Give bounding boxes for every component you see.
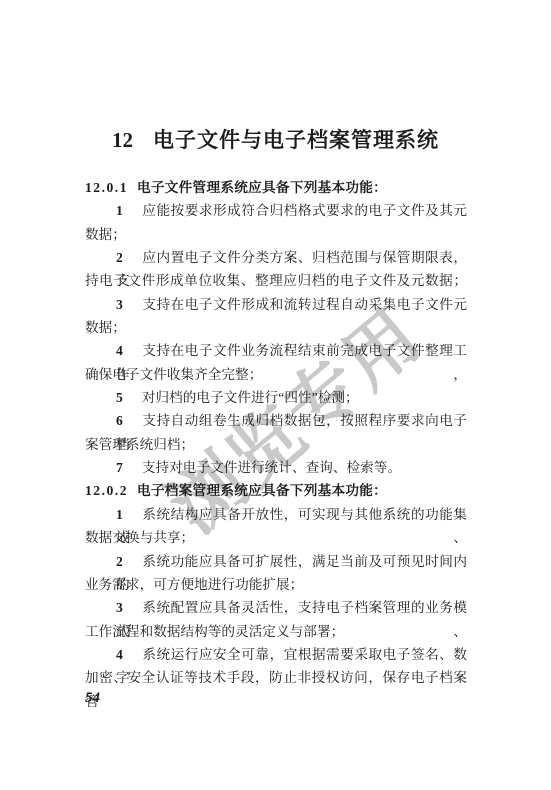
item-number: 1: [116, 203, 123, 218]
text-line: 7支持对电子文件进行统计、查询、检索等。: [85, 456, 467, 479]
clause-text-block: 12.0.1电子文件管理系统应具备下列基本功能：1应能按要求形成符合归档格式要求…: [85, 176, 467, 690]
line-text: 持电子文件形成单位收集、整理应归档的电子文件及元数据；: [85, 273, 467, 288]
page-number: 54: [85, 690, 100, 707]
item-number: 7: [116, 460, 123, 475]
line-text: 数据交换与共享；: [85, 530, 194, 545]
item-number: 5: [116, 390, 123, 405]
item-number: 3: [116, 297, 123, 312]
text-line: 2应内置电子文件分类方案、归档范围与保管期限表，支: [85, 246, 467, 269]
chapter-title-text: 电子文件与电子档案管理系统: [153, 129, 439, 152]
text-line: 数据；: [85, 316, 467, 339]
line-text: 工作流程和数据结构等的灵活定义与部署；: [85, 624, 344, 639]
line-text: 确保电子文件收集齐全完整；: [85, 367, 262, 382]
line-text: 对归档的电子文件进行“四性”检测；: [142, 390, 359, 405]
line-text: 业务需求，可方便地进行功能扩展；: [85, 577, 303, 592]
text-line: 5对归档的电子文件进行“四性”检测；: [85, 386, 467, 409]
line-text: 电子档案管理系统应具备下列基本功能：: [137, 483, 387, 498]
line-text: 电子文件管理系统应具备下列基本功能：: [137, 180, 387, 195]
line-text: 支持在电子文件形成和流转过程自动采集电子文件元: [142, 297, 467, 312]
text-line: 案管理系统归档；: [85, 433, 467, 456]
line-text: 案管理系统归档；: [85, 437, 194, 452]
line-text: 加密、安全认证等技术手段，防止非授权访问，保存电子档案管: [85, 670, 467, 708]
item-number: 1: [116, 507, 123, 522]
text-line: 3支持在电子文件形成和流转过程自动采集电子文件元: [85, 293, 467, 316]
clause-number: 12.0.1: [85, 180, 128, 195]
text-line: 12.0.2电子档案管理系统应具备下列基本功能：: [85, 479, 467, 502]
clause-number: 12.0.2: [85, 483, 128, 498]
text-line: 1系统结构应具备开放性，可实现与其他系统的功能集成、: [85, 503, 467, 526]
text-line: 4支持在电子文件业务流程结束前完成电子文件整理工作，: [85, 339, 467, 362]
text-line: 加密、安全认证等技术手段，防止非授权访问，保存电子档案管: [85, 666, 467, 689]
item-number: 2: [116, 250, 123, 265]
line-text: 应能按要求形成符合归档格式要求的电子文件及其元: [142, 203, 467, 218]
line-text: 数据；: [85, 227, 126, 242]
text-line: 3系统配置应具备灵活性，支持电子档案管理的业务模式、: [85, 596, 467, 619]
document-page: 浏览专用 12电子文件与电子档案管理系统 12.0.1电子文件管理系统应具备下列…: [0, 0, 551, 790]
item-number: 4: [116, 647, 123, 662]
text-line: 6支持自动组卷生成归档数据包，按照程序要求向电子档: [85, 409, 467, 432]
line-text: 支持对电子文件进行统计、查询、检索等。: [142, 460, 401, 475]
text-line: 持电子文件形成单位收集、整理应归档的电子文件及元数据；: [85, 269, 467, 292]
chapter-number: 12: [112, 128, 133, 152]
line-text: 数据；: [85, 320, 126, 335]
item-number: 4: [116, 343, 123, 358]
chapter-title: 12电子文件与电子档案管理系统: [0, 125, 551, 156]
item-number: 3: [116, 600, 123, 615]
text-line: 数据；: [85, 223, 467, 246]
item-number: 6: [116, 413, 123, 428]
text-line: 2系统功能应具备可扩展性，满足当前及可预见时间内的: [85, 550, 467, 573]
text-line: 12.0.1电子文件管理系统应具备下列基本功能：: [85, 176, 467, 199]
text-line: 1应能按要求形成符合归档格式要求的电子文件及其元: [85, 199, 467, 222]
item-number: 2: [116, 554, 123, 569]
text-line: 4系统运行应安全可靠，宜根据需要采取电子签名、数字: [85, 643, 467, 666]
text-line: 业务需求，可方便地进行功能扩展；: [85, 573, 467, 596]
